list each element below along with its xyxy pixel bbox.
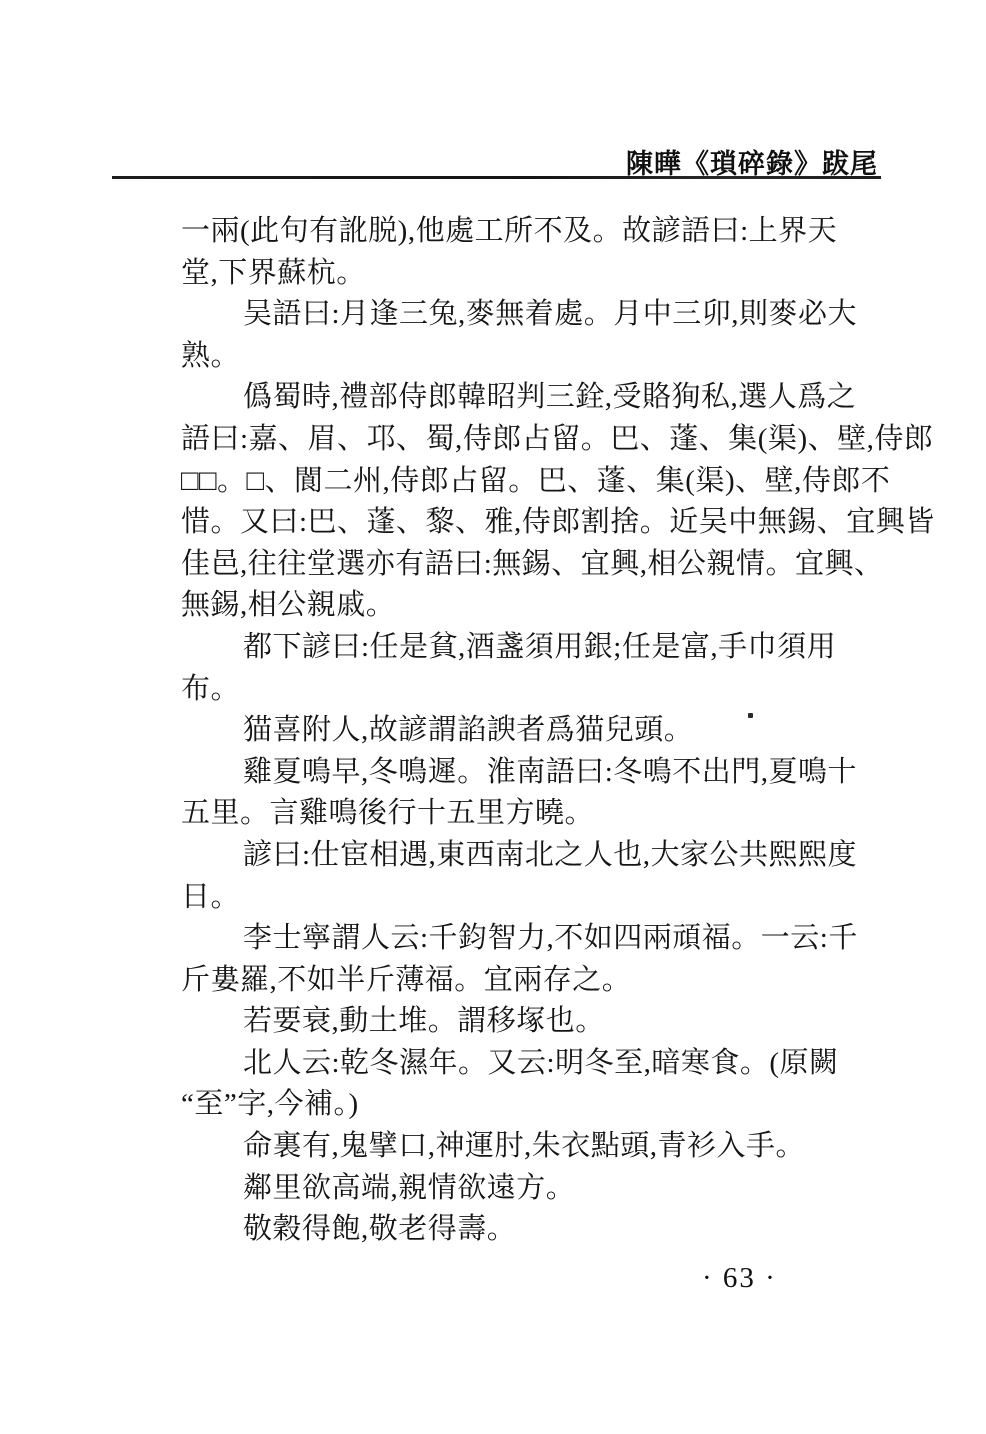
- page-number: · 63 ·: [702, 1262, 777, 1295]
- text-line: 佳邑,往往堂選亦有語曰:無錫、宜興,相公親情。宜興、: [181, 544, 921, 586]
- text-line: 堂,下界蘇杭。: [181, 253, 921, 295]
- text-line: 敬穀得飽,敬老得壽。: [181, 1209, 921, 1251]
- text-line: 若要衰,動土堆。謂移塚也。: [181, 1001, 921, 1043]
- text-line: 布。: [181, 669, 921, 711]
- scanned-book-page: 陳曄《瑣碎錄》跋尾 一兩(此句有訛脱),他處工所不及。故諺語曰:上界天堂,下界蘇…: [0, 0, 986, 1434]
- text-line: 一兩(此句有訛脱),他處工所不及。故諺語曰:上界天: [181, 211, 921, 253]
- text-line: 猫喜附人,故諺謂諂諛者爲猫兒頭。: [181, 710, 921, 752]
- scan-speck: [748, 713, 753, 718]
- text-line: 都下諺曰:任是貧,酒盞須用銀;任是富,手巾須用: [181, 627, 921, 669]
- text-line: 日。: [181, 877, 921, 919]
- text-line: 北人云:乾冬濕年。又云:明冬至,暗寒食。(原闕: [181, 1043, 921, 1085]
- text-line: 吴語曰:月逢三兔,麥無着處。月中三卯,則麥必大: [181, 294, 921, 336]
- text-line: 惜。又曰:巴、蓬、黎、雅,侍郎割捨。近吴中無錫、宜興皆: [181, 502, 921, 544]
- header-rule: [112, 176, 881, 179]
- text-line: 語曰:嘉、眉、邛、蜀,侍郎占留。巴、蓬、集(渠)、壁,侍郎: [181, 419, 921, 461]
- text-line: 熟。: [181, 336, 921, 378]
- text-line: 命裏有,鬼擘口,神運肘,朱衣點頭,青衫入手。: [181, 1126, 921, 1168]
- text-line: □□。□、閬二州,侍郎占留。巴、蓬、集(渠)、壁,侍郎不: [181, 461, 921, 503]
- text-line: 雞夏鳴早,冬鳴遲。淮南語曰:冬鳴不出門,夏鳴十: [181, 752, 921, 794]
- text-line: “至”字,今補。): [181, 1084, 921, 1126]
- text-line: 斤婁羅,不如半斤薄福。宜兩存之。: [181, 960, 921, 1002]
- text-line: 諺曰:仕宦相遇,東西南北之人也,大家公共熙熙度: [181, 835, 921, 877]
- text-line: 李士寧謂人云:千鈞智力,不如四兩頑福。一云:千: [181, 918, 921, 960]
- text-line: 無錫,相公親戚。: [181, 585, 921, 627]
- text-line: 鄰里欲高端,親情欲遠方。: [181, 1168, 921, 1210]
- text-line: 五里。言雞鳴後行十五里方曉。: [181, 793, 921, 835]
- text-line: 僞蜀時,禮部侍郎韓昭判三銓,受賂狥私,選人爲之: [181, 377, 921, 419]
- body-text-block: 一兩(此句有訛脱),他處工所不及。故諺語曰:上界天堂,下界蘇杭。吴語曰:月逢三兔…: [181, 211, 921, 1251]
